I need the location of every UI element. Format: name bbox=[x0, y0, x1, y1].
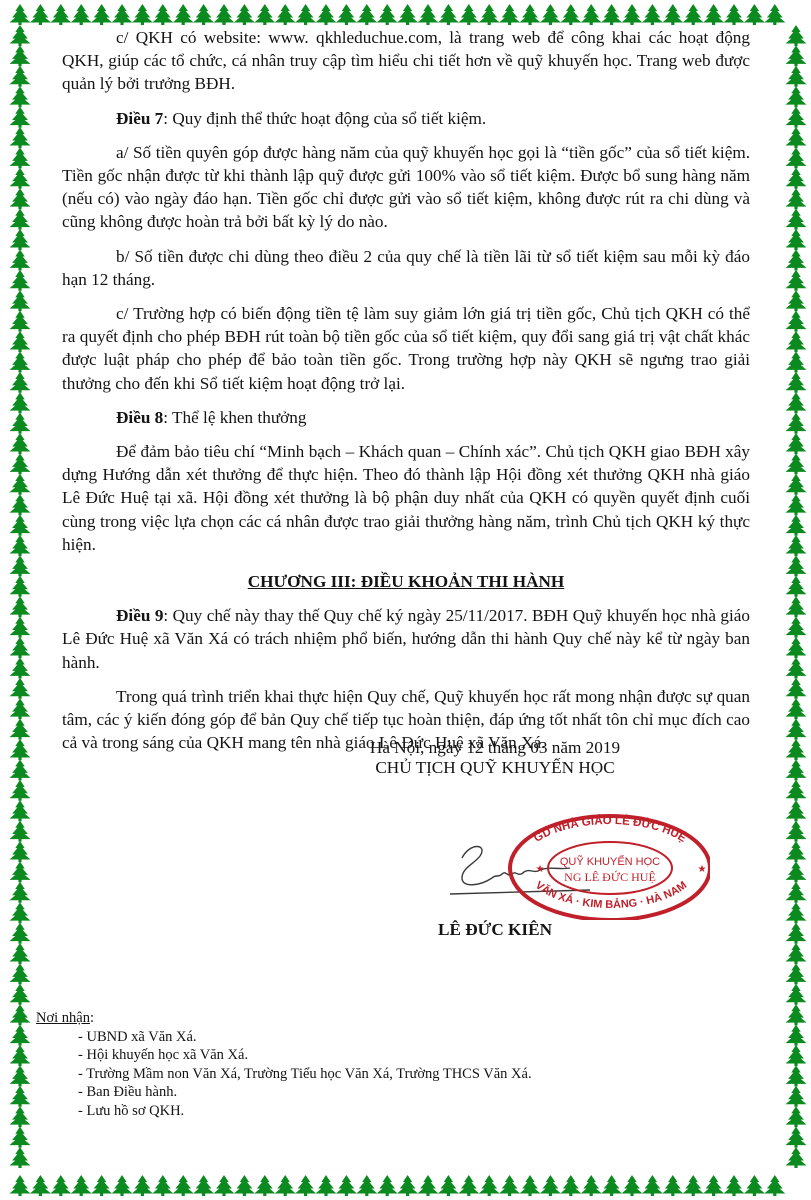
signature-block: Hà Nội, ngày 12 tháng 03 năm 2019 CHỦ TỊ… bbox=[330, 738, 660, 778]
article-7-clause-c: c/ Trường hợp có biến động tiền tệ làm s… bbox=[62, 302, 750, 395]
article-8-label: Điều 8 bbox=[116, 408, 163, 427]
article-8-title: : Thể lệ khen thưởng bbox=[163, 408, 306, 427]
signer-title: CHỦ TỊCH QUỸ KHUYẾN HỌC bbox=[330, 758, 660, 778]
paragraph-website: c/ QKH có website: www. qkhleduchue.com,… bbox=[62, 26, 750, 96]
svg-text:★: ★ bbox=[698, 864, 707, 875]
article-7-heading: Điều 7: Quy định thể thức hoạt động của … bbox=[62, 107, 750, 130]
stamp-and-signature: GD NHÀ GIÁO LÊ ĐỨC HUỆ VĂN XÁ · KIM BẢNG… bbox=[440, 808, 710, 920]
recipient-item: Hội khuyến học xã Văn Xá. bbox=[78, 1046, 532, 1065]
recipient-item: Ban Điều hành. bbox=[78, 1083, 532, 1102]
article-8-heading: Điều 8: Thể lệ khen thưởng bbox=[62, 406, 750, 429]
signer-name: LÊ ĐỨC KIÊN bbox=[415, 920, 575, 940]
recipient-item: Trường Mầm non Văn Xá, Trường Tiểu học V… bbox=[78, 1065, 532, 1084]
svg-text:VĂN XÁ · KIM BẢNG · HÀ NAM: VĂN XÁ · KIM BẢNG · HÀ NAM bbox=[533, 879, 689, 911]
svg-text:NG LÊ ĐỨC HUỆ: NG LÊ ĐỨC HUỆ bbox=[564, 870, 656, 884]
svg-text:GD NHÀ GIÁO LÊ ĐỨC HUỆ: GD NHÀ GIÁO LÊ ĐỨC HUỆ bbox=[532, 814, 689, 845]
svg-text:QUỸ KHUYẾN HỌC: QUỸ KHUYẾN HỌC bbox=[560, 855, 660, 868]
document-body: c/ QKH có website: www. qkhleduchue.com,… bbox=[62, 26, 750, 754]
red-stamp: GD NHÀ GIÁO LÊ ĐỨC HUỆ VĂN XÁ · KIM BẢNG… bbox=[510, 814, 710, 920]
svg-text:★: ★ bbox=[536, 864, 545, 875]
article-9: Điều 9: Quy chế này thay thế Quy chế ký … bbox=[62, 604, 750, 674]
recipients-block: Nơi nhận: UBND xã Văn Xá.Hội khuyến học … bbox=[36, 1009, 532, 1121]
article-9-body: : Quy chế này thay thế Quy chế ký ngày 2… bbox=[62, 606, 750, 671]
place-date: Hà Nội, ngày 12 tháng 03 năm 2019 bbox=[330, 738, 660, 758]
recipients-list: UBND xã Văn Xá.Hội khuyến học xã Văn Xá.… bbox=[36, 1028, 532, 1121]
article-7-clause-b: b/ Số tiền được chi dùng theo điều 2 của… bbox=[62, 245, 750, 291]
article-9-label: Điều 9 bbox=[116, 606, 163, 625]
article-8-body: Để đảm bảo tiêu chí “Minh bạch – Khách q… bbox=[62, 440, 750, 556]
recipient-item: UBND xã Văn Xá. bbox=[78, 1028, 532, 1047]
chapter-3-heading: CHƯƠNG III: ĐIỀU KHOẢN THI HÀNH bbox=[62, 570, 750, 593]
recipients-title: Nơi nhận: bbox=[36, 1009, 532, 1028]
recipient-item: Lưu hồ sơ QKH. bbox=[78, 1102, 532, 1121]
article-7-label: Điều 7 bbox=[116, 109, 163, 128]
article-7-title: : Quy định thể thức hoạt động của sổ tiế… bbox=[163, 109, 486, 128]
article-7-clause-a: a/ Số tiền quyên góp được hàng năm của q… bbox=[62, 141, 750, 234]
